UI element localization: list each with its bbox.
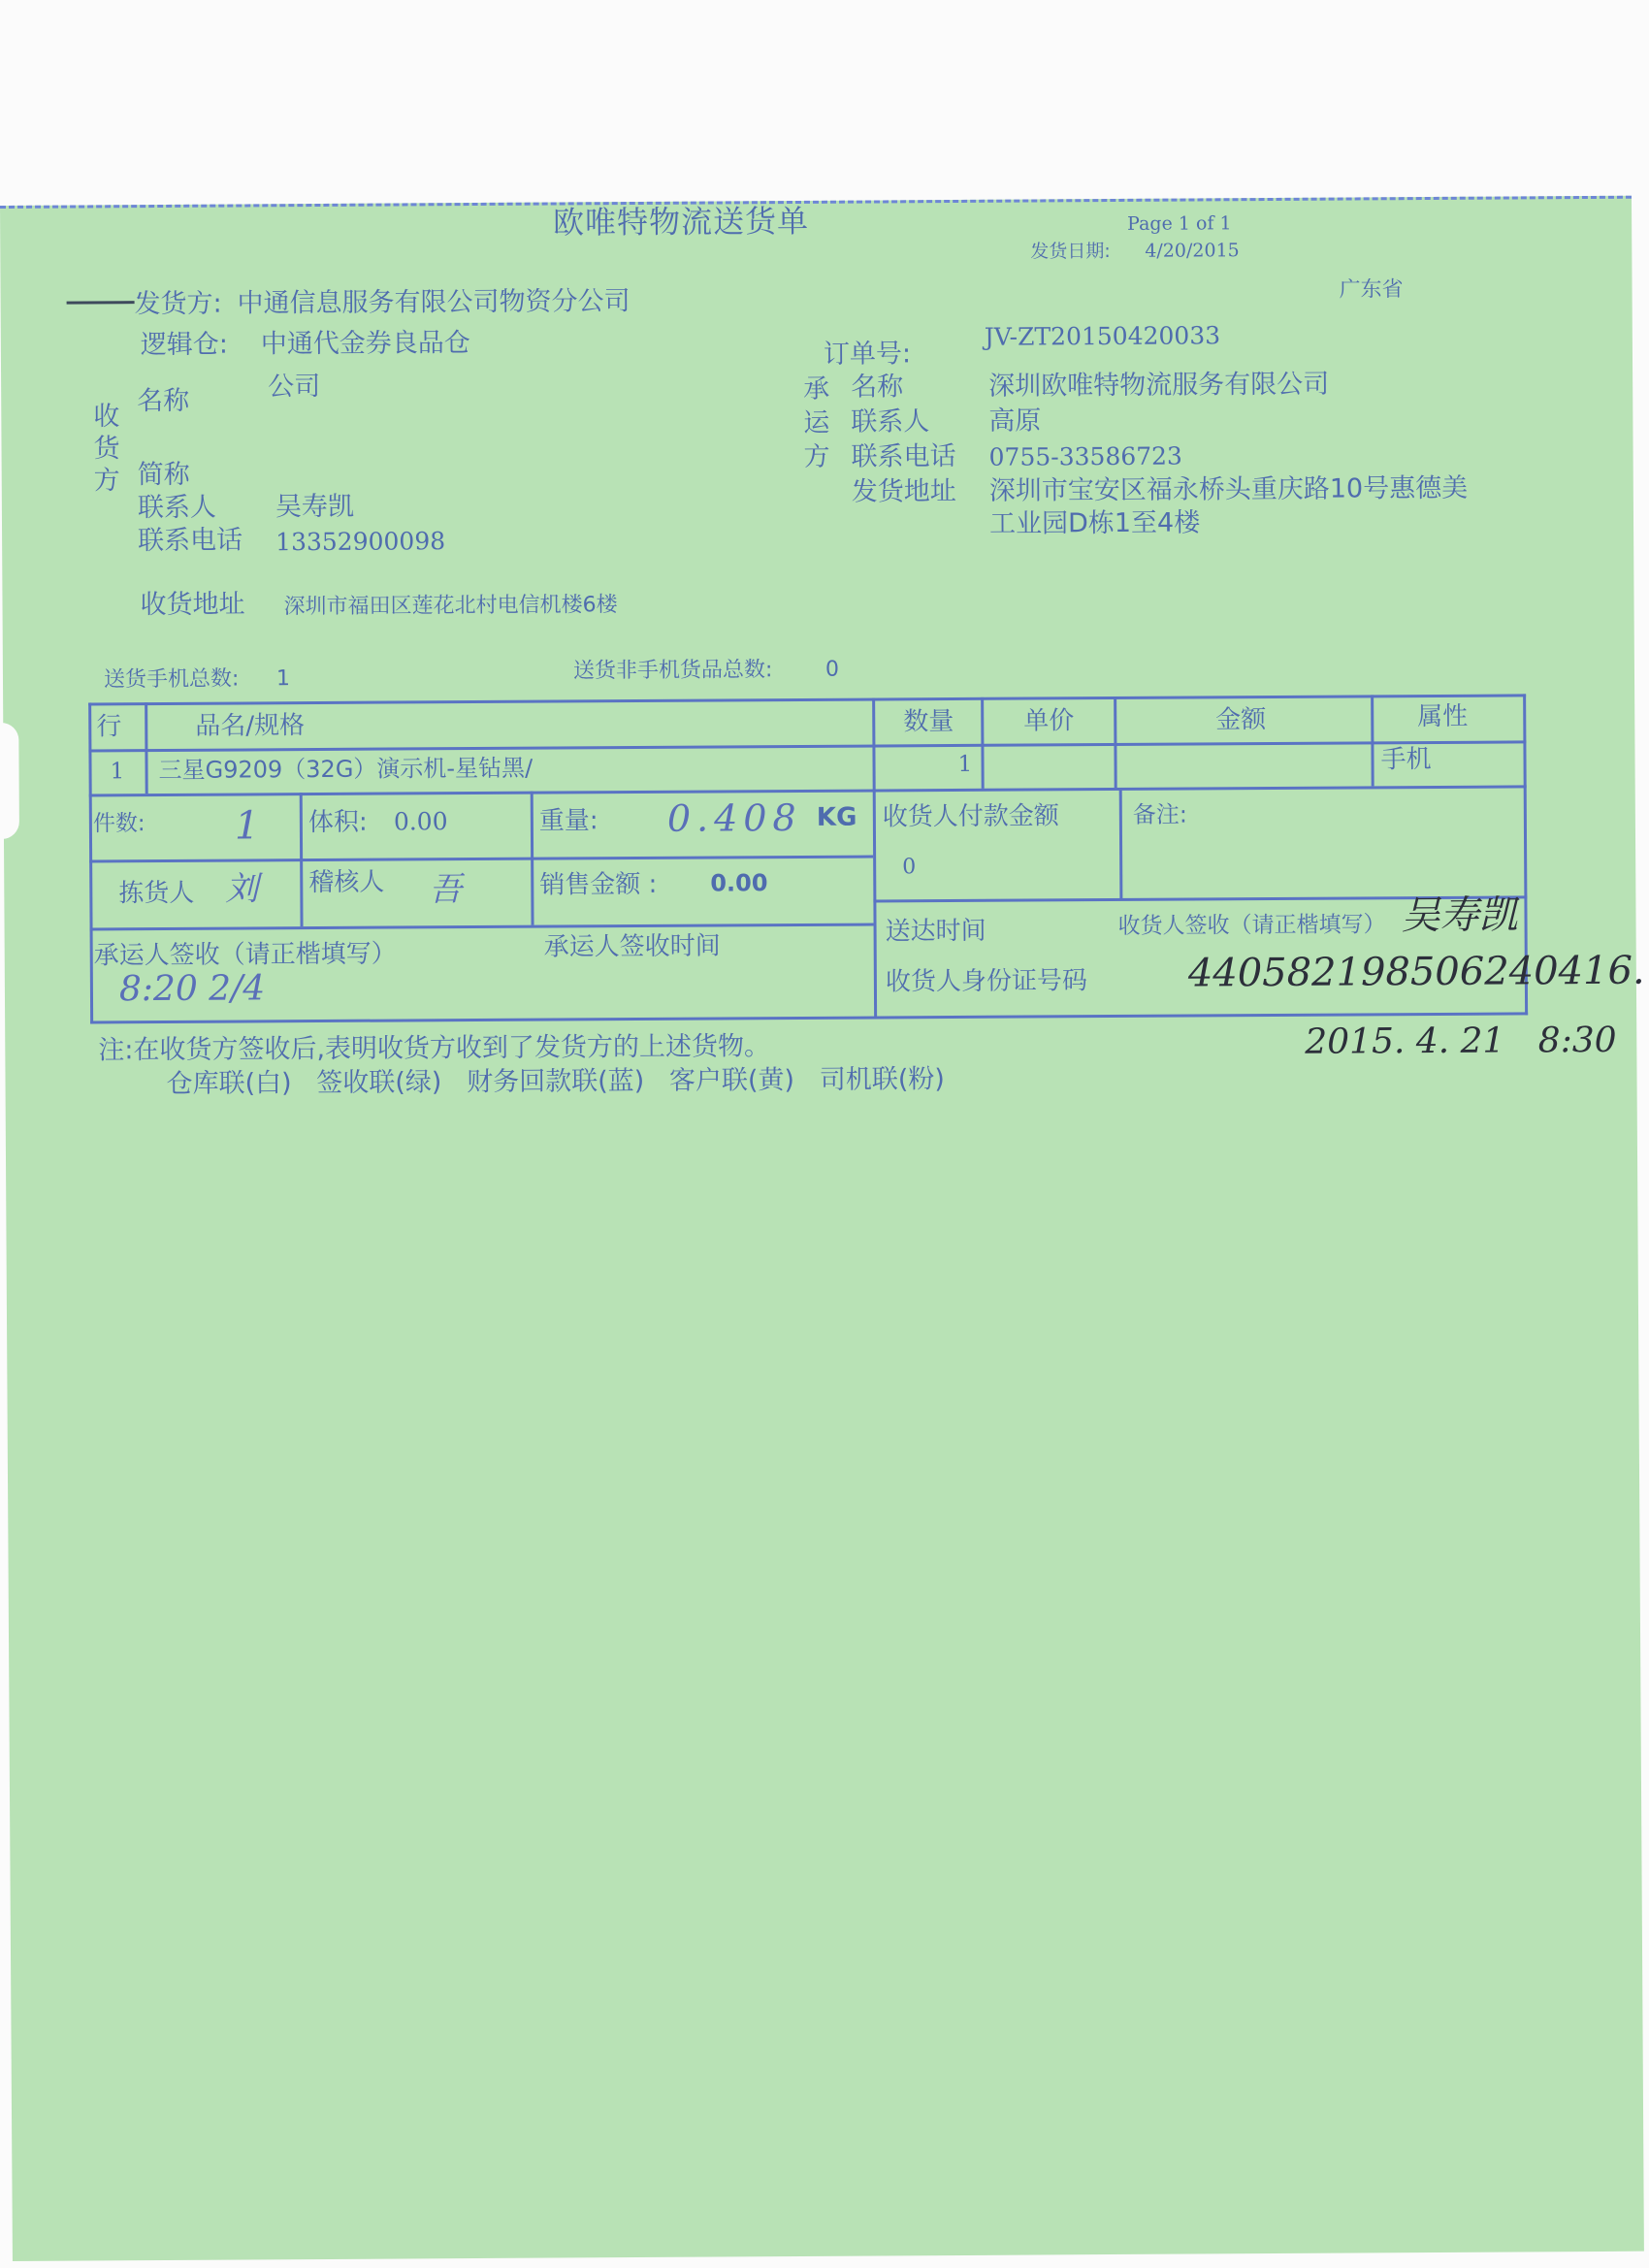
carrier-address-label: 发货地址 [852,478,956,505]
order-number-label: 订单号: [824,340,911,368]
province: 广东省 [1339,279,1403,301]
pieces-value: 1 [235,806,260,845]
weight-label: 重量: [539,808,598,833]
order-number: JV-ZT20150420033 [985,323,1220,348]
copies-legend: 仓库联(白) 签收联(绿) 财务回款联(蓝) 客户联(黄) 司机联(粉) [166,1066,944,1097]
carrier-address-line2: 工业园D栋1至4楼 [989,509,1200,536]
ship-date: 4/20/2015 [1145,242,1240,261]
carrier-contact: 高原 [988,407,1041,434]
picker-signature: 刘 [225,872,258,905]
payment-label: 收货人付款金额 [883,803,1059,829]
pieces-label: 件数: [93,813,145,835]
paper-tear [1,723,19,839]
header-qty: 数量 [903,709,954,734]
consignee-name-label: 名称 [137,388,189,414]
warehouse-label: 逻辑仓: [141,332,228,359]
consignee-contact-label: 联系人 [138,495,216,521]
consignee-phone: 13352900098 [275,529,445,554]
row-line-number: 1 [110,761,124,783]
carrier-contact-label: 联系人 [851,408,929,435]
delivery-time-label: 送达时间 [886,919,986,945]
consignee-phone-label: 联系电话 [138,527,242,554]
phones-total-label: 送货手机总数: [104,669,240,692]
consignee-short-label: 简称 [138,462,190,488]
carrier-sign-label: 承运人签收（请正楷填写） [94,942,397,969]
receiver-sign-label: 收货人签收（请正楷填写） [1117,914,1385,938]
auditor-label: 稽核人 [308,870,384,895]
carrier-sign-time-label: 承运人签收时间 [544,933,721,959]
page-indicator: Page 1 of 1 [1127,214,1232,234]
carrier-phone: 0755-33586723 [989,444,1182,470]
consignee-name: 公司 [268,373,320,400]
sender-label: 发货方: [135,291,222,318]
row-attribute: 手机 [1380,747,1431,772]
row-qty: 1 [957,754,972,776]
sales-amount-label: 销售金额 : [539,872,657,898]
carrier-phone-label: 联系电话 [852,443,956,470]
consignee-contact: 吴寿凯 [275,494,354,520]
header-unit-price: 单价 [1023,708,1074,733]
auditor-signature: 吾 [429,873,462,906]
receiver-id: 440582198506240416. [1188,952,1645,993]
consignee-address: 深圳市福田区莲花北村电信机楼6楼 [283,595,617,618]
carrier-name-label: 名称 [851,373,903,400]
non-phones-total: 0 [825,660,839,681]
goods-table: 行 品名/规格 数量 单价 金额 属性 1 三星G9209（32G）演示机-星钻… [88,694,1528,1022]
sender-value: 中通信息服务有限公司物资分公司 [238,288,630,316]
consignee-section-label: 收货方 [90,402,117,498]
warehouse-value: 中通代金券良品仓 [261,330,470,357]
weight-unit: KG [817,805,857,830]
handwritten-datetime: 2015. 4. 21 8:30 [1305,1023,1616,1060]
sales-amount: 0.00 [710,871,767,894]
carrier-name: 深圳欧唯特物流服务有限公司 [988,372,1329,400]
remarks-label: 备注: [1133,803,1187,826]
delivery-note-sheet: 欧唯特物流送货单 Page 1 of 1 发货日期: 4/20/2015 广东省… [0,196,1644,2261]
footer-note: 注:在收货方签收后,表明收货方收到了发货方的上述货物。 [98,1033,770,1063]
header-item-spec: 品名/规格 [195,713,305,739]
consignee-address-label: 收货地址 [140,591,244,618]
volume-value: 0.00 [394,809,448,833]
carrier-section-label: 承运方 [800,374,827,476]
receiver-id-label: 收货人身份证号码 [886,968,1087,994]
weight-value: 0.408 [667,799,802,837]
header-attribute: 属性 [1417,704,1468,729]
non-phones-total-label: 送货非手机货品总数: [573,660,773,682]
picker-label: 拣货人 [118,881,194,906]
receiver-signature: 吴寿凯 [1401,895,1517,935]
header-amount: 金额 [1215,707,1266,732]
carrier-address-line1: 深圳市宝安区福永桥头重庆路10号惠德美 [989,475,1469,504]
pen-stroke-mark [67,301,135,304]
volume-label: 体积: [308,810,368,835]
ship-date-label: 发货日期: [1030,243,1111,262]
header-line: 行 [96,714,121,739]
payment-value: 0 [902,857,916,878]
row-item-spec: 三星G9209（32G）演示机-星钻黑/ [158,757,533,782]
carrier-sign-value: 8:20 2/4 [119,971,265,1007]
document-title: 欧唯特物流送货单 [553,206,809,239]
phones-total: 1 [276,668,290,690]
